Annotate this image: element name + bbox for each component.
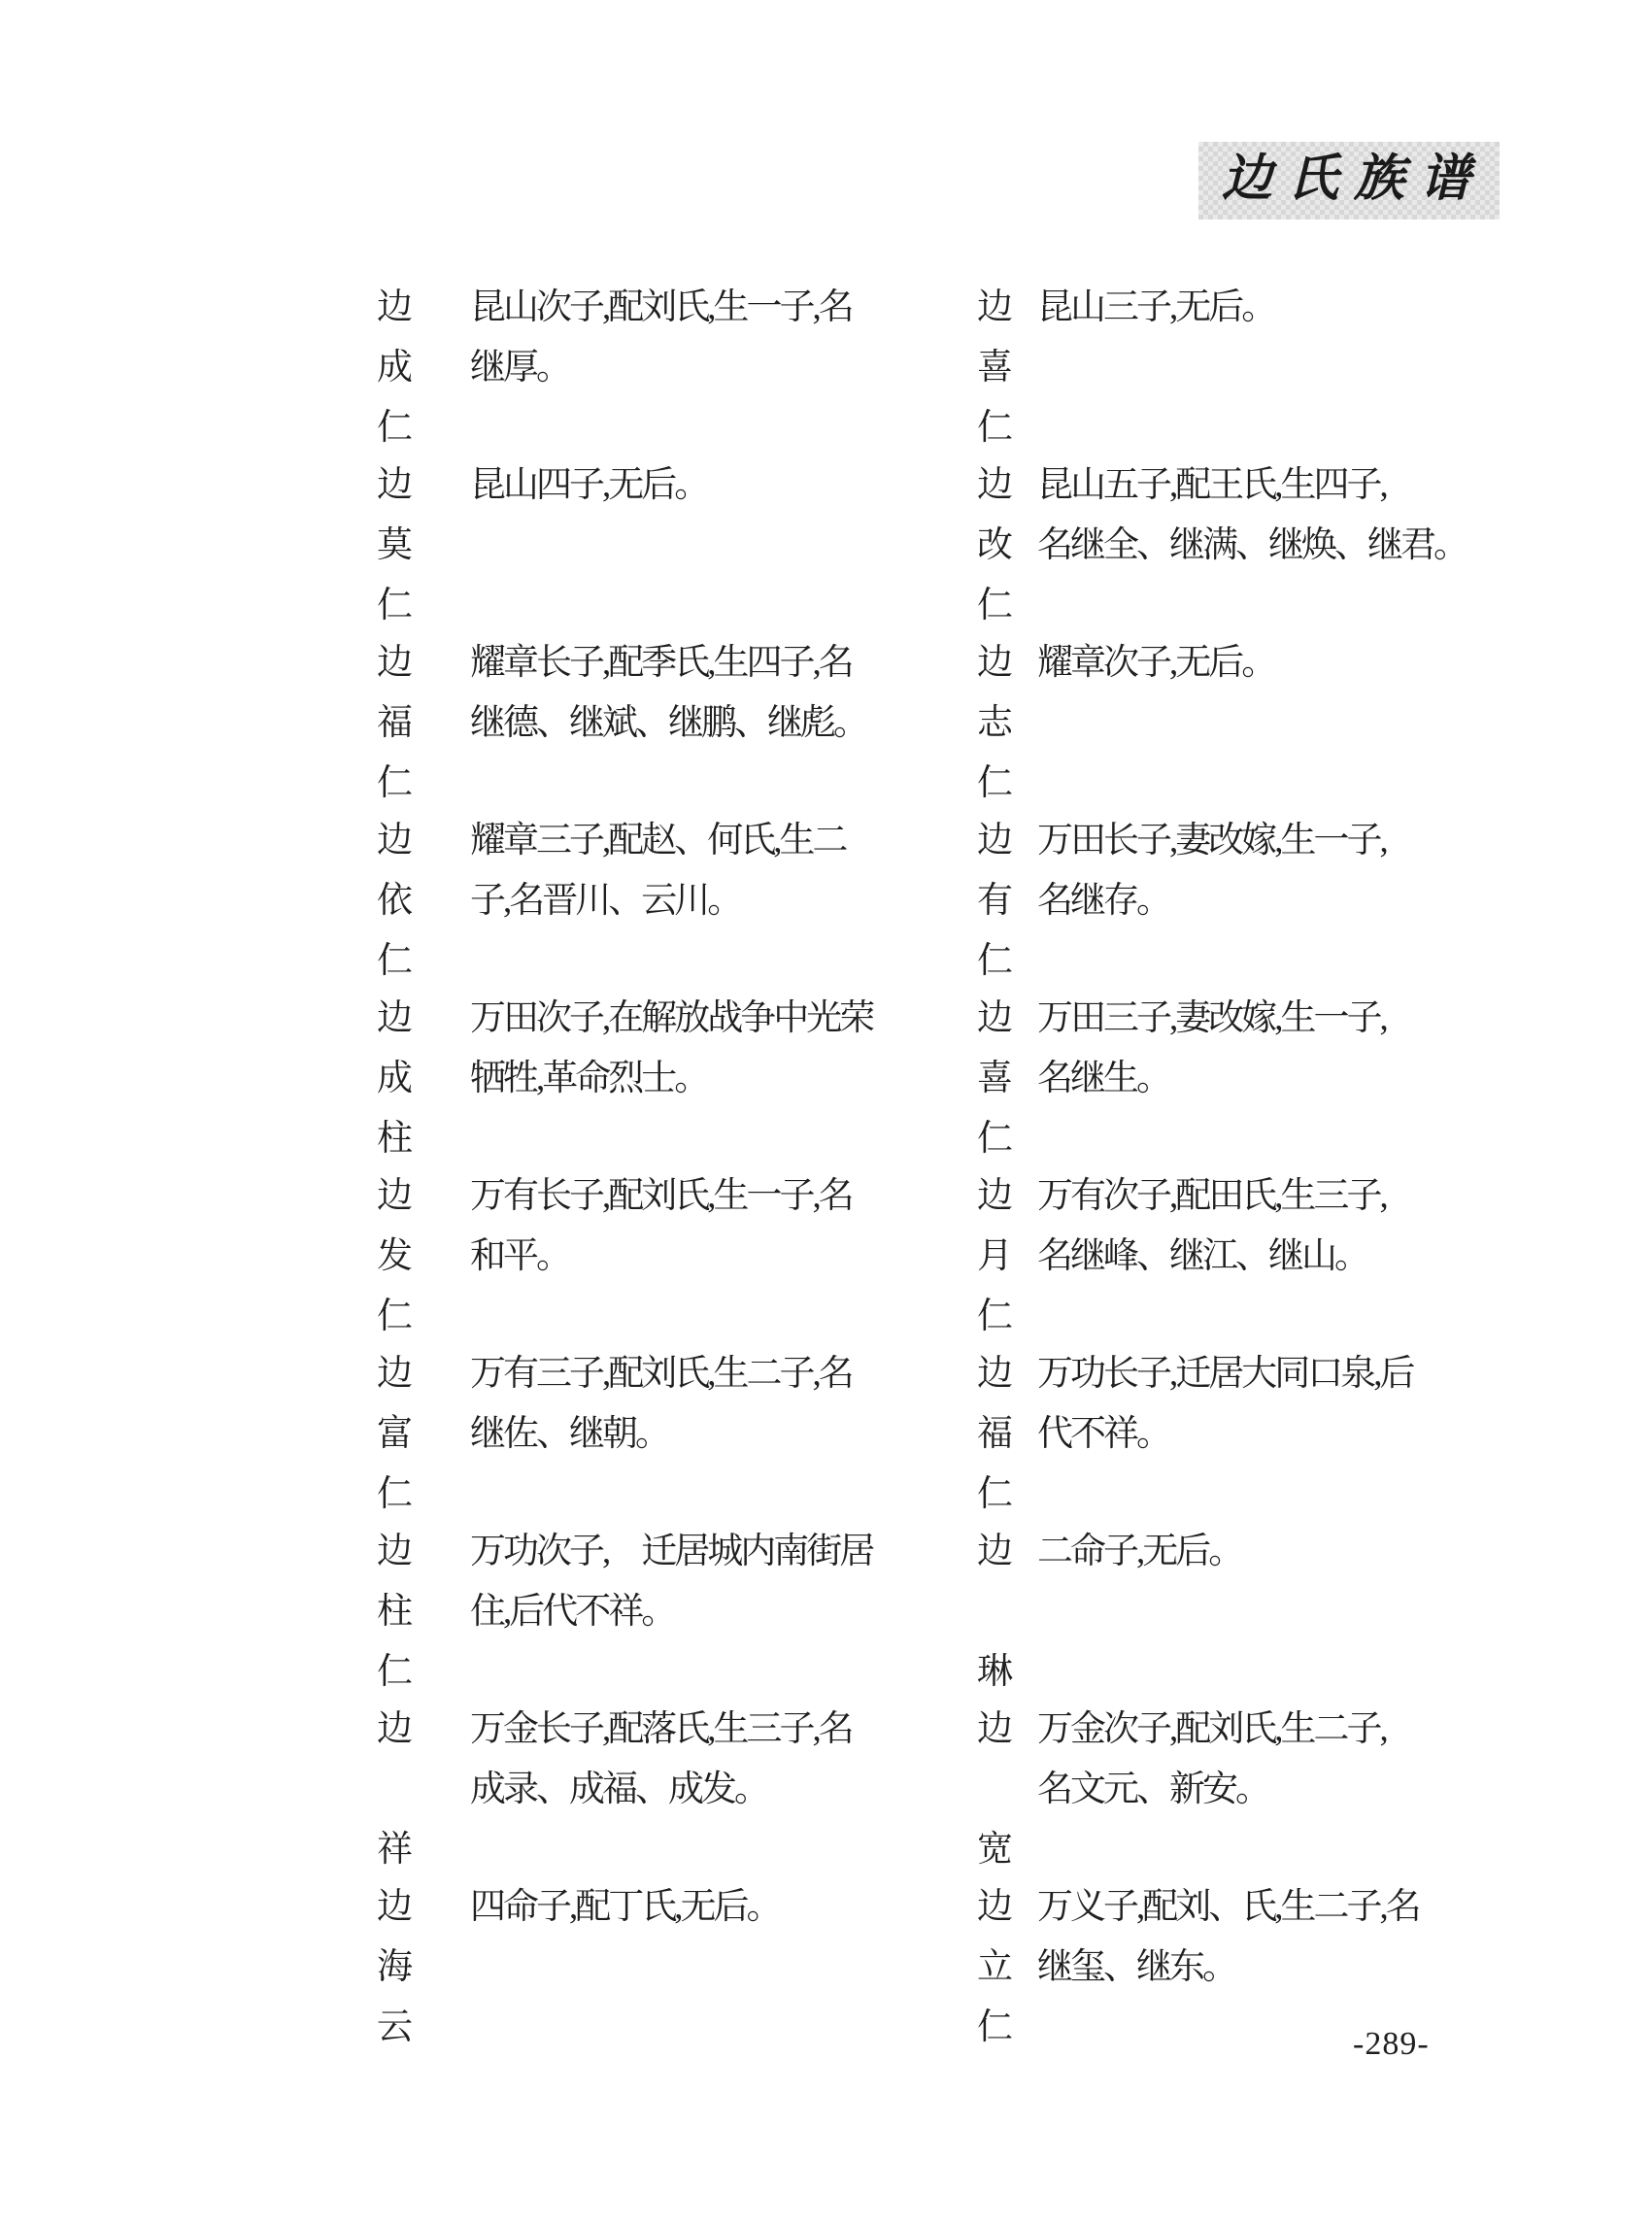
name-char: 仁 [377, 754, 416, 814]
text-line: 耀章次子,无后。 [1037, 633, 1523, 693]
page-number: -289- [1353, 2026, 1430, 2063]
entry-name: 边依仁 [377, 811, 470, 992]
name-char: 改 [977, 516, 1016, 576]
name-char: 边 [377, 1344, 416, 1404]
entry-right: 边月仁 万有次子,配田氏,生三子,名继峰、继江、继山。 [977, 1166, 1523, 1347]
entry-row: 边成柱 万田次子,在解放战争中光荣牺牲,革命烈士。 边喜仁 万田三子,妻改嫁,生… [377, 989, 1523, 1166]
name-char: 仁 [377, 1465, 416, 1525]
entry-row: 边柱仁 万功次子, 迁居城内南街居住,后代不祥。 边 琳 二命子,无后。 [377, 1522, 1523, 1700]
name-char: 边 [377, 278, 416, 338]
text-line: 代不祥。 [1037, 1404, 1523, 1465]
entry-left: 边莫仁 昆山四子,无后。 [377, 455, 977, 636]
entry-row: 边依仁 耀章三子,配赵、何氏,生二子,名晋川、云川。 边有仁 万田长子,妻改嫁,… [377, 811, 1523, 989]
name-char: 立 [977, 1938, 1016, 1998]
entry-text: 万金次子,配刘氏,生二子,名文元、新安。 [1037, 1700, 1523, 1820]
entry-row: 边福仁 耀章长子,配季氏,生四子,名继德、继斌、继鹏、继彪。 边志仁 耀章次子,… [377, 633, 1523, 811]
name-char: 莫 [377, 516, 416, 576]
text-line: 继厚。 [470, 338, 977, 398]
text-line: 万金长子,配落氏,生三子,名 [470, 1700, 977, 1760]
entry-text: 耀章长子,配季氏,生四子,名继德、继斌、继鹏、继彪。 [470, 633, 977, 754]
name-char: 月 [977, 1227, 1016, 1287]
text-line: 名文元、新安。 [1037, 1760, 1523, 1820]
entry-text: 万义子,配刘、氏,生二子,名继玺、继东。 [1037, 1877, 1523, 1998]
name-char: 边 [377, 455, 416, 516]
name-char: 仁 [377, 1642, 416, 1703]
entry-name: 边成仁 [377, 278, 470, 458]
name-char: 有 [977, 871, 1016, 931]
name-char: 边 [377, 1877, 416, 1938]
name-char: 边 [377, 1700, 416, 1760]
name-char: 仁 [377, 931, 416, 992]
name-char: 边 [377, 1522, 416, 1582]
name-char [977, 1760, 1016, 1820]
text-line: 万有三子,配刘氏,生二子,名 [470, 1344, 977, 1404]
text-line: 耀章长子,配季氏,生四子,名 [470, 633, 977, 693]
text-line: 万田次子,在解放战争中光荣 [470, 989, 977, 1049]
name-char: 喜 [977, 338, 1016, 398]
entry-name: 边莫仁 [377, 455, 470, 636]
name-char: 边 [977, 1700, 1016, 1760]
text-line: 耀章三子,配赵、何氏,生二 [470, 811, 977, 871]
entry-text: 万田次子,在解放战争中光荣牺牲,革命烈士。 [470, 989, 977, 1109]
entry-text: 万有长子,配刘氏,生一子,名和平。 [470, 1166, 977, 1287]
entry-right: 边志仁 耀章次子,无后。 [977, 633, 1523, 814]
name-char: 边 [377, 1166, 416, 1227]
name-char: 成 [377, 1049, 416, 1109]
text-line: 和平。 [470, 1227, 977, 1287]
text-line: 二命子,无后。 [1037, 1522, 1523, 1582]
text-line: 万有长子,配刘氏,生一子,名 [470, 1166, 977, 1227]
name-char: 边 [977, 633, 1016, 693]
text-line: 万义子,配刘、氏,生二子,名 [1037, 1877, 1523, 1938]
text-line: 昆山三子,无后。 [1037, 278, 1523, 338]
entries-container: 边成仁 昆山次子,配刘氏,生一子,名继厚。 边喜仁 昆山三子,无后。 边莫仁 昆… [377, 278, 1523, 2055]
entry-text: 昆山五子,配王氏,生四子,名继全、继满、继焕、继君。 [1037, 455, 1523, 576]
entry-left: 边依仁 耀章三子,配赵、何氏,生二子,名晋川、云川。 [377, 811, 977, 992]
name-char: 海 [377, 1938, 416, 1998]
name-char: 柱 [377, 1582, 416, 1642]
name-char: 祥 [377, 1820, 416, 1880]
text-line: 万功次子, 迁居城内南街居 [470, 1522, 977, 1582]
entry-right: 边福仁 万功长子,迁居大同口泉,后代不祥。 [977, 1344, 1523, 1525]
entry-name: 边海云 [377, 1877, 470, 2058]
entry-name: 边福仁 [977, 1344, 1037, 1525]
entry-name: 边柱仁 [377, 1522, 470, 1703]
entry-name: 边富仁 [377, 1344, 470, 1525]
name-char: 边 [977, 1344, 1016, 1404]
text-line: 名继生。 [1037, 1049, 1523, 1109]
entry-text: 万有次子,配田氏,生三子,名继峰、继江、继山。 [1037, 1166, 1523, 1287]
name-char: 边 [977, 989, 1016, 1049]
entry-text: 万功次子, 迁居城内南街居住,后代不祥。 [470, 1522, 977, 1642]
text-line: 万有次子,配田氏,生三子, [1037, 1166, 1523, 1227]
name-char: 仁 [977, 576, 1016, 636]
entry-text: 万功长子,迁居大同口泉,后代不祥。 [1037, 1344, 1523, 1465]
entry-right: 边喜仁 昆山三子,无后。 [977, 278, 1523, 458]
name-char: 富 [377, 1404, 416, 1465]
entry-text: 四命子,配丁氏,无后。 [470, 1877, 977, 1938]
page-title-banner: 边氏族谱 [1198, 142, 1500, 219]
name-char: 喜 [977, 1049, 1016, 1109]
entry-right: 边 宽 万金次子,配刘氏,生二子,名文元、新安。 [977, 1700, 1523, 1880]
name-char: 仁 [377, 1287, 416, 1347]
entry-right: 边改仁 昆山五子,配王氏,生四子,名继全、继满、继焕、继君。 [977, 455, 1523, 636]
entry-text: 昆山四子,无后。 [470, 455, 977, 516]
entry-left: 边发仁 万有长子,配刘氏,生一子,名和平。 [377, 1166, 977, 1347]
entry-name: 边 琳 [977, 1522, 1037, 1703]
entry-name: 边志仁 [977, 633, 1037, 814]
text-line: 名继峰、继江、继山。 [1037, 1227, 1523, 1287]
name-char: 仁 [977, 1109, 1016, 1169]
entry-text: 昆山次子,配刘氏,生一子,名继厚。 [470, 278, 977, 398]
text-line: 牺牲,革命烈士。 [470, 1049, 977, 1109]
entry-name: 边福仁 [377, 633, 470, 814]
name-char: 边 [377, 811, 416, 871]
name-char: 发 [377, 1227, 416, 1287]
entry-right: 边立仁 万义子,配刘、氏,生二子,名继玺、继东。 [977, 1877, 1523, 2058]
text-line: 继德、继斌、继鹏、继彪。 [470, 693, 977, 754]
name-char: 仁 [977, 1287, 1016, 1347]
entry-name: 边成柱 [377, 989, 470, 1169]
entry-row: 边 祥 万金长子,配落氏,生三子,名成录、成福、成发。 边 宽 万金次子,配刘氏… [377, 1700, 1523, 1877]
name-char: 宽 [977, 1820, 1016, 1880]
name-char: 仁 [377, 398, 416, 458]
entry-name: 边月仁 [977, 1166, 1037, 1347]
text-line: 名继全、继满、继焕、继君。 [1037, 516, 1523, 576]
entry-text: 二命子,无后。 [1037, 1522, 1523, 1582]
entry-text: 万金长子,配落氏,生三子,名成录、成福、成发。 [470, 1700, 977, 1820]
entry-left: 边富仁 万有三子,配刘氏,生二子,名继佐、继朝。 [377, 1344, 977, 1525]
text-line: 万功长子,迁居大同口泉,后 [1037, 1344, 1523, 1404]
entry-left: 边海云 四命子,配丁氏,无后。 [377, 1877, 977, 2058]
entry-row: 边海云 四命子,配丁氏,无后。 边立仁 万义子,配刘、氏,生二子,名继玺、继东。 [377, 1877, 1523, 2055]
entry-name: 边发仁 [377, 1166, 470, 1347]
name-char: 依 [377, 871, 416, 931]
text-line: 昆山四子,无后。 [470, 455, 977, 516]
name-char: 仁 [377, 576, 416, 636]
name-char: 云 [377, 1998, 416, 2058]
page-title: 边氏族谱 [1222, 152, 1486, 207]
name-char: 琳 [977, 1642, 1016, 1703]
entry-left: 边 祥 万金长子,配落氏,生三子,名成录、成福、成发。 [377, 1700, 977, 1880]
entry-name: 边喜仁 [977, 989, 1037, 1169]
entry-name: 边立仁 [977, 1877, 1037, 2058]
name-char [977, 1582, 1016, 1642]
entry-left: 边成仁 昆山次子,配刘氏,生一子,名继厚。 [377, 278, 977, 458]
entry-row: 边成仁 昆山次子,配刘氏,生一子,名继厚。 边喜仁 昆山三子,无后。 [377, 278, 1523, 455]
entry-row: 边莫仁 昆山四子,无后。 边改仁 昆山五子,配王氏,生四子,名继全、继满、继焕、… [377, 455, 1523, 633]
name-char: 边 [977, 1877, 1016, 1938]
text-line: 名继存。 [1037, 871, 1523, 931]
text-line: 四命子,配丁氏,无后。 [470, 1877, 977, 1938]
entry-text: 万田三子,妻改嫁,生一子,名继生。 [1037, 989, 1523, 1109]
name-char: 柱 [377, 1109, 416, 1169]
name-char: 仁 [977, 754, 1016, 814]
name-char: 边 [977, 1522, 1016, 1582]
entry-row: 边发仁 万有长子,配刘氏,生一子,名和平。 边月仁 万有次子,配田氏,生三子,名… [377, 1166, 1523, 1344]
name-char: 福 [977, 1404, 1016, 1465]
entry-name: 边改仁 [977, 455, 1037, 636]
name-char: 仁 [977, 931, 1016, 992]
text-line: 继佐、继朝。 [470, 1404, 977, 1465]
entry-name: 边喜仁 [977, 278, 1037, 458]
entry-right: 边有仁 万田长子,妻改嫁,生一子,名继存。 [977, 811, 1523, 992]
name-char: 边 [977, 455, 1016, 516]
name-char: 仁 [977, 1465, 1016, 1525]
name-char: 边 [977, 1166, 1016, 1227]
entry-text: 耀章次子,无后。 [1037, 633, 1523, 693]
text-line: 万金次子,配刘氏,生二子, [1037, 1700, 1523, 1760]
name-char: 仁 [977, 1998, 1016, 2058]
name-char: 边 [977, 278, 1016, 338]
entry-right: 边喜仁 万田三子,妻改嫁,生一子,名继生。 [977, 989, 1523, 1169]
entry-name: 边有仁 [977, 811, 1037, 992]
name-char: 边 [377, 633, 416, 693]
text-line: 万田长子,妻改嫁,生一子, [1037, 811, 1523, 871]
entry-text: 万有三子,配刘氏,生二子,名继佐、继朝。 [470, 1344, 977, 1465]
text-line: 昆山次子,配刘氏,生一子,名 [470, 278, 977, 338]
name-char [377, 1760, 416, 1820]
entry-text: 万田长子,妻改嫁,生一子,名继存。 [1037, 811, 1523, 931]
name-char: 仁 [977, 398, 1016, 458]
name-char: 福 [377, 693, 416, 754]
entry-name: 边 祥 [377, 1700, 470, 1880]
text-line: 住,后代不祥。 [470, 1582, 977, 1642]
name-char: 成 [377, 338, 416, 398]
entry-text: 昆山三子,无后。 [1037, 278, 1523, 338]
entry-left: 边柱仁 万功次子, 迁居城内南街居住,后代不祥。 [377, 1522, 977, 1703]
name-char: 志 [977, 693, 1016, 754]
entry-left: 边福仁 耀章长子,配季氏,生四子,名继德、继斌、继鹏、继彪。 [377, 633, 977, 814]
text-line: 子,名晋川、云川。 [470, 871, 977, 931]
entry-row: 边富仁 万有三子,配刘氏,生二子,名继佐、继朝。 边福仁 万功长子,迁居大同口泉… [377, 1344, 1523, 1522]
text-line: 万田三子,妻改嫁,生一子, [1037, 989, 1523, 1049]
text-line: 继玺、继东。 [1037, 1938, 1523, 1998]
entry-name: 边 宽 [977, 1700, 1037, 1880]
entry-left: 边成柱 万田次子,在解放战争中光荣牺牲,革命烈士。 [377, 989, 977, 1169]
text-line: 成录、成福、成发。 [470, 1760, 977, 1820]
name-char: 边 [377, 989, 416, 1049]
name-char: 边 [977, 811, 1016, 871]
entry-text: 耀章三子,配赵、何氏,生二子,名晋川、云川。 [470, 811, 977, 931]
entry-right: 边 琳 二命子,无后。 [977, 1522, 1523, 1703]
text-line: 昆山五子,配王氏,生四子, [1037, 455, 1523, 516]
